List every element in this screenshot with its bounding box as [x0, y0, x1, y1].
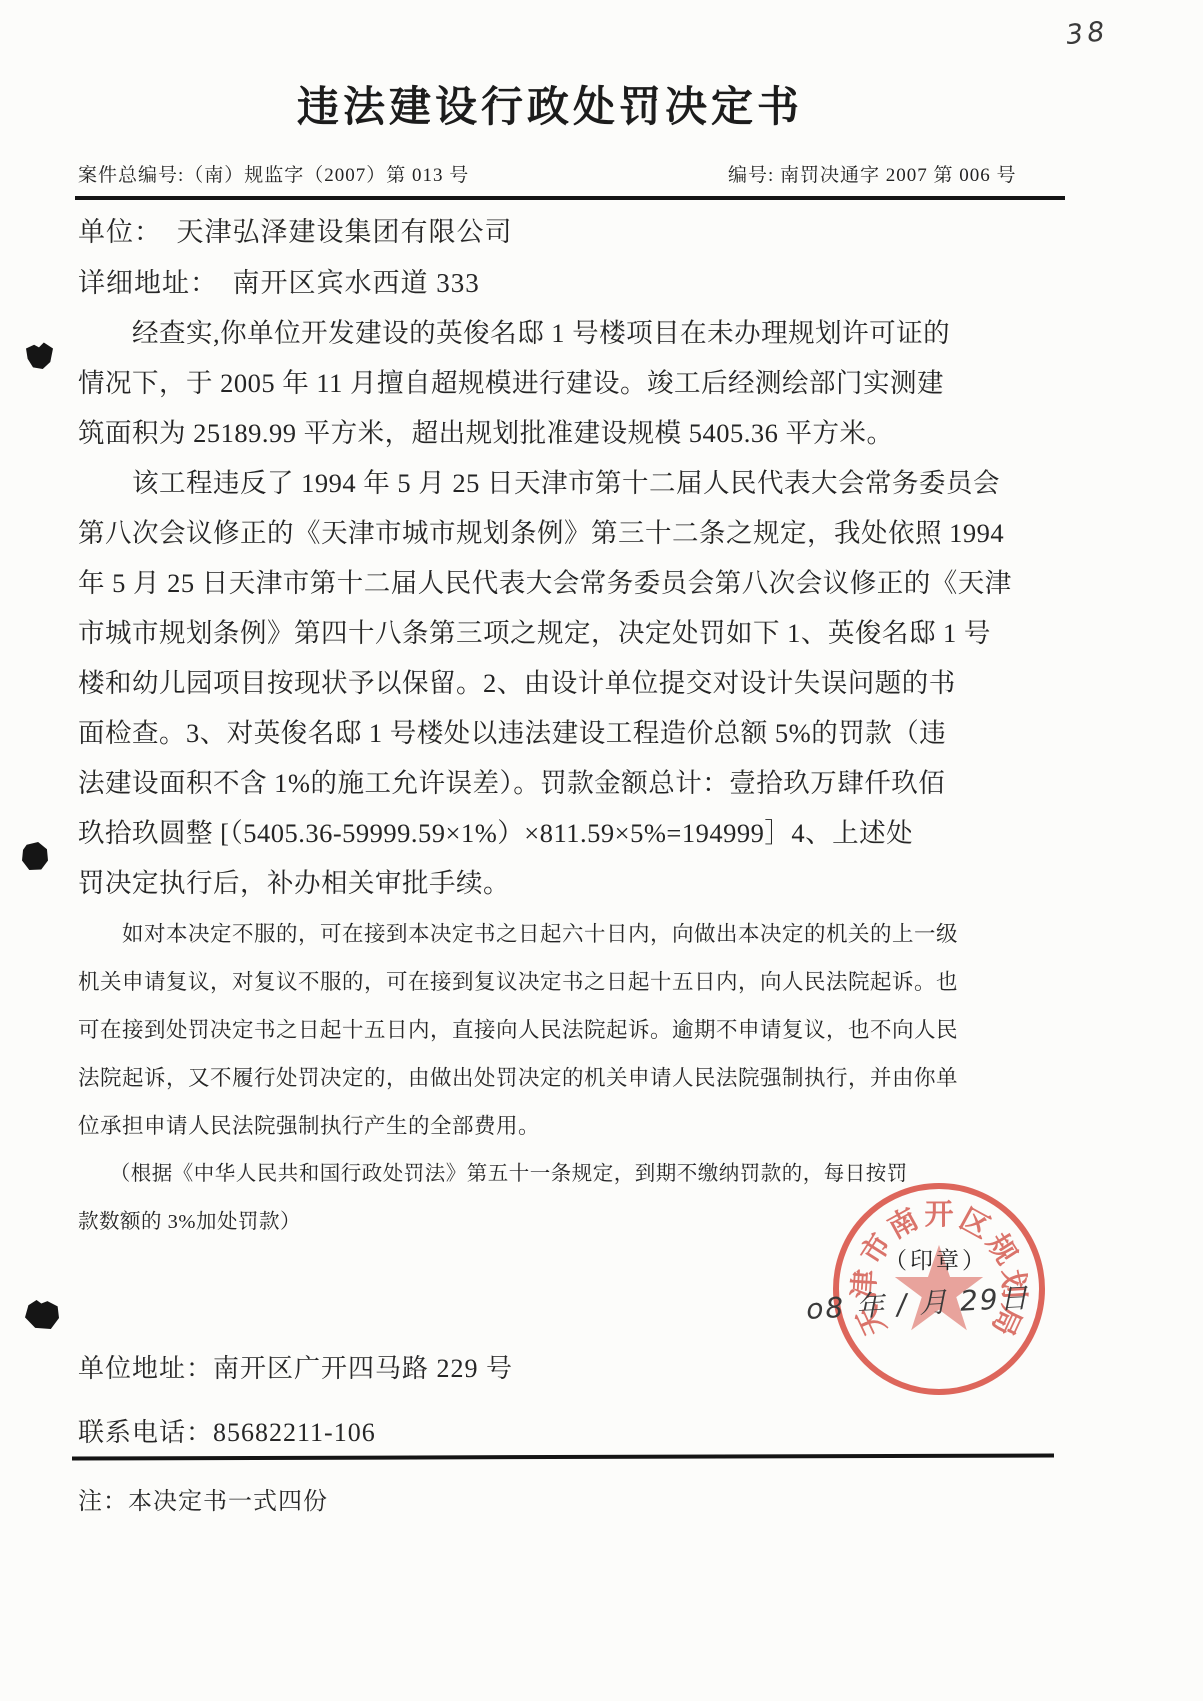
ink-blot-mark: [26, 342, 53, 369]
document-title: 违法建设行政处罚决定书: [0, 74, 1100, 134]
recipient-address-line: 详细地址： 南开区宾水西道 333: [78, 261, 480, 300]
ink-blot-mark: [22, 842, 48, 870]
footer-divider-line: [72, 1453, 1054, 1460]
ink-blot-mark: [25, 1300, 59, 1329]
body-paragraph-facts: 经查实,你单位开发建设的英俊名邸 1 号楼项目在未办理规划许可证的 情况下，于 …: [78, 308, 1142, 458]
header-divider-line: [75, 196, 1065, 200]
recipient-unit-line: 单位： 天津弘泽建设集团有限公司: [78, 210, 513, 249]
handwritten-page-number: 38: [1064, 16, 1109, 51]
case-total-number: 案件总编号:（南）规监字（2007）第 013 号: [78, 160, 469, 187]
body-paragraph-decision: 该工程违反了 1994 年 5 月 25 日天津市第十二届人民代表大会常务委员会…: [78, 458, 1142, 908]
body-paragraph-appeal-rights: 如对本决定不服的，可在接到本决定书之日起六十日内，向做出本决定的机关的上一级 机…: [78, 910, 1142, 1150]
scanned-document-page: 38 违法建设行政处罚决定书 案件总编号:（南）规监字（2007）第 013 号…: [0, 0, 1203, 1701]
seal-placeholder-text: （印章）: [884, 1242, 988, 1275]
issuing-office-address: 单位地址：南开区广开四马路 229 号: [78, 1348, 513, 1385]
document-number: 编号: 南罚决通字 2007 第 006 号: [728, 160, 1017, 187]
contact-phone: 联系电话：85682211-106: [78, 1412, 376, 1449]
copies-note: 注：本决定书一式四份: [78, 1481, 328, 1516]
